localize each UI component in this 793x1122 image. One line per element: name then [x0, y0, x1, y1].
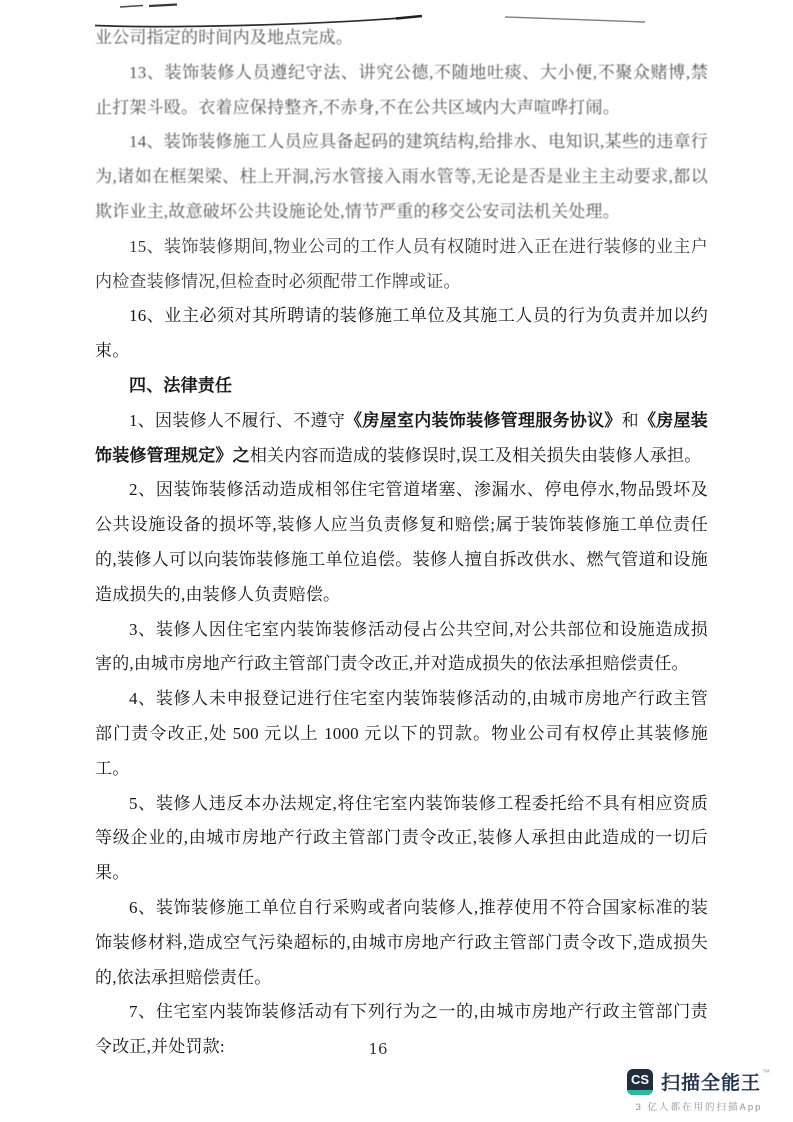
page-number: 16 — [0, 1040, 756, 1058]
camscanner-badge-label: CS — [631, 1073, 649, 1086]
paragraph: 6、装饰装修施工单位自行采购或者向装修人,推荐使用不符合国家标准的装饰装修材料,… — [95, 891, 708, 995]
camscanner-brand: 扫描全能王™ — [661, 1068, 771, 1095]
camscanner-tagline: 3 亿人都在用的扫描App — [627, 1099, 771, 1113]
paragraph: 4、装修人未申报登记进行住宅室内装饰装修活动的,由城市房地产行政主管部门责令改正… — [95, 682, 708, 786]
paragraph: 5、装修人违反本办法规定,将住宅室内装饰装修工程委托给不具有相应资质等级企业的,… — [95, 787, 708, 891]
paragraph: 14、装饰装修施工人员应具备起码的建筑结构,给排水、电知识,某些的违章行为,诸如… — [95, 125, 708, 229]
paragraph: 3、装修人因住宅室内装饰装修活动侵占公共空间,对公共部位和设施造成损害的,由城市… — [95, 613, 708, 683]
camscanner-watermark: CS 扫描全能王™ 3 亿人都在用的扫描App — [627, 1068, 771, 1113]
paragraph: 1、因装修人不履行、不遵守《房屋室内装饰装修管理服务协议》和《房屋装饰装修管理规… — [95, 404, 708, 474]
document-page: 业公司指定的时间内及地点完成。13、装饰装修人员遵纪守法、讲究公德,不随地吐痰、… — [0, 0, 793, 1122]
paragraph: 业公司指定的时间内及地点完成。 — [95, 21, 708, 56]
paragraph: 16、业主必须对其所聘请的装修施工单位及其施工人员的行为负责并加以约束。 — [95, 299, 708, 369]
camscanner-badge-accent — [627, 1090, 653, 1095]
paragraph: 13、装饰装修人员遵纪守法、讲究公德,不随地吐痰、大小便,不聚众赌博,禁止打架斗… — [95, 56, 708, 126]
trademark-symbol: ™ — [762, 1068, 771, 1077]
section-heading: 四、法律责任 — [95, 369, 708, 404]
paragraph: 2、因装饰装修活动造成相邻住宅管道堵塞、渗漏水、停电停水,物品毁坏及公共设施设备… — [95, 473, 708, 612]
camscanner-logo-row: CS 扫描全能王™ — [627, 1068, 771, 1095]
camscanner-logo-icon: CS — [627, 1069, 653, 1095]
document-body: 业公司指定的时间内及地点完成。13、装饰装修人员遵纪守法、讲究公德,不随地吐痰、… — [95, 21, 708, 1065]
camscanner-brand-text: 扫描全能王 — [661, 1073, 761, 1094]
paragraph: 15、装饰装修期间,物业公司的工作人员有权随时进入正在进行装修的业主户内检查装修… — [95, 230, 708, 300]
